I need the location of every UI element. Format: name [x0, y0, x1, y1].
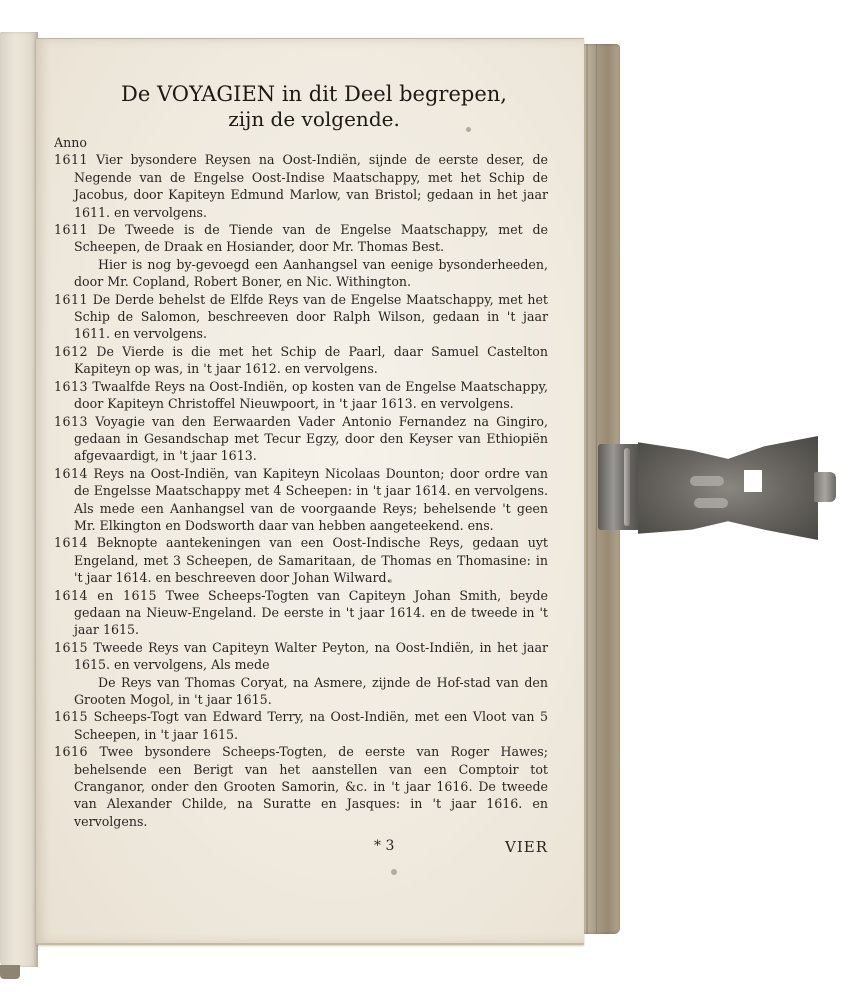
entry-text: Beknopte aantekeningen van een Oost-Indi… [74, 535, 548, 585]
entry-year: 1611 [54, 292, 88, 307]
page-subtitle: zijn de volgende. [80, 108, 548, 130]
entry-year: 1615 [54, 640, 88, 655]
voyage-entry: 1613 Twaalfde Reys na Oost-Indiën, op ko… [54, 378, 548, 413]
voyage-entry: 1613 Voyagie van den Eerwaarden Vader An… [54, 413, 548, 465]
entry-year: 1611 [54, 222, 88, 237]
voyage-entry: 1615 Tweede Reys van Capiteyn Walter Pey… [54, 639, 548, 674]
entry-text: De Vierde is die met het Schip de Paarl,… [74, 344, 548, 376]
entry-text: De Derde behelst de Elfde Reys van de En… [74, 292, 548, 342]
voyage-entry: Hier is nog by-gevoegd een Aanhangsel va… [54, 256, 548, 291]
voyage-entry: 1612 De Vierde is die met het Schip de P… [54, 343, 548, 378]
entry-year: 1613 [54, 379, 88, 394]
clasp-ornament [694, 498, 728, 508]
entry-text: Hier is nog by-gevoegd een Aanhangsel va… [74, 257, 548, 289]
voyage-entry: 1614 Reys na Oost-Indiën, van Kapiteyn N… [54, 465, 548, 535]
page-footer: * 3 VIER [54, 838, 548, 858]
voyage-entry: 1611 Vier bysondere Reysen na Oost-Indië… [54, 151, 548, 221]
clasp-hinge [598, 444, 642, 530]
clasp-hole [744, 470, 762, 492]
entry-year: 1611 [54, 152, 88, 167]
entry-year: 1613 [54, 414, 88, 429]
voyage-entry: 1616 Twee bysondere Scheeps-Togten, de e… [54, 743, 548, 830]
entry-year: 1616 [54, 744, 88, 759]
anno-label: Anno [54, 134, 548, 151]
foxing-spot [391, 869, 397, 875]
voyage-entry: 1611 De Derde behelst de Elfde Reys van … [54, 291, 548, 343]
entry-year: 1614 [54, 466, 88, 481]
entry-text: Voyagie van den Eerwaarden Vader Antonio… [74, 414, 548, 464]
entry-text: Vier bysondere Reysen na Oost-Indiën, si… [74, 152, 548, 219]
voyage-entry: 1614 en 1615 Twee Scheeps-Togten van Cap… [54, 587, 548, 639]
catchword: VIER [505, 838, 548, 856]
entry-text: De Reys van Thomas Coryat, na Asmere, zi… [74, 675, 548, 707]
voyage-entry: 1614 Beknopte aantekeningen van een Oost… [54, 534, 548, 586]
voyage-entry: De Reys van Thomas Coryat, na Asmere, zi… [54, 674, 548, 709]
entry-year: 1614 [54, 535, 88, 550]
clasp-ornament [690, 476, 724, 486]
entry-text: Twaalfde Reys na Oost-Indiën, op kosten … [74, 379, 548, 411]
left-page-edges [0, 32, 38, 967]
page-text: De VOYAGIEN in dit Deel begrepen, zijn d… [54, 82, 548, 830]
clasp-tip [814, 472, 836, 502]
entry-text: De Tweede is de Tiende van de Engelse Ma… [74, 222, 548, 254]
entry-year: 1614 en 1615 [54, 588, 157, 603]
entry-year: 1615 [54, 709, 88, 724]
entry-text: Twee bysondere Scheeps-Togten, de eerste… [74, 744, 548, 829]
voyage-list: 1611 Vier bysondere Reysen na Oost-Indië… [54, 151, 548, 830]
signature-mark: * 3 [374, 838, 394, 854]
metal-clasp [598, 436, 838, 540]
entry-text: Scheeps-Togt van Edward Terry, na Oost-I… [74, 709, 548, 741]
entry-text: Tweede Reys van Capiteyn Walter Peyton, … [74, 640, 548, 672]
entry-year: 1612 [54, 344, 88, 359]
voyage-entry: 1615 Scheeps-Togt van Edward Terry, na O… [54, 708, 548, 743]
page-title: De VOYAGIEN in dit Deel begrepen, [80, 82, 548, 106]
entry-text: Reys na Oost-Indiën, van Kapiteyn Nicola… [74, 466, 548, 533]
clasp-body [638, 436, 818, 540]
voyage-entry: 1611 De Tweede is de Tiende van de Engel… [54, 221, 548, 256]
